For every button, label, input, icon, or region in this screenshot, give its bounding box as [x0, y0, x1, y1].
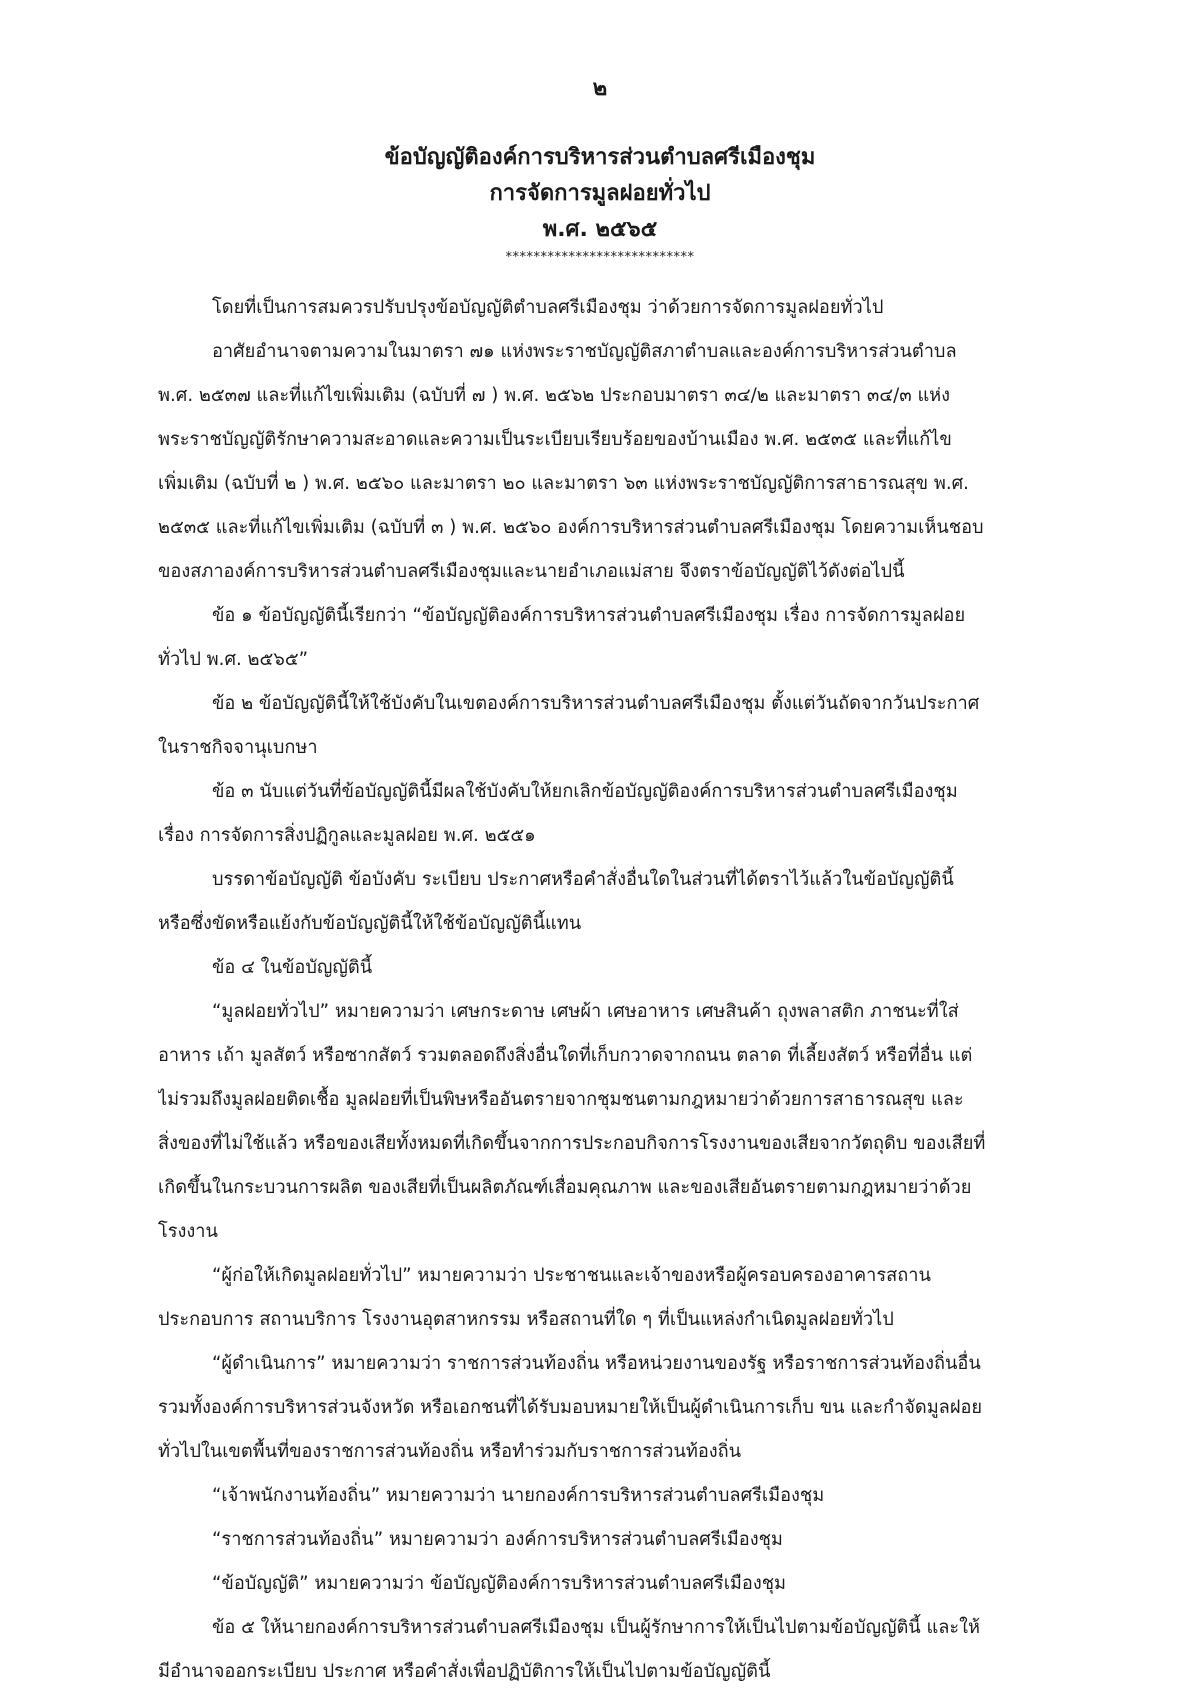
body-line: โดยที่เป็นการสมควรปรับปรุงข้อบัญญัติตำบล…: [158, 286, 1070, 330]
body-line: บรรดาข้อบัญญัติ ข้อบังคับ ระเบียบ ประกาศ…: [158, 858, 1070, 902]
clause-2-line: ในราชกิจจานุเบกษา: [158, 726, 1070, 770]
body-line: อาศัยอำนาจตามความในมาตรา ๗๑ แห่งพระราชบั…: [158, 330, 1070, 374]
document-body: โดยที่เป็นการสมควรปรับปรุงข้อบัญญัติตำบล…: [158, 286, 1070, 1694]
definition-line: สิ่งของที่ไม่ใช้แล้ว หรือของเสียทั้งหมดท…: [158, 1122, 1070, 1166]
document-title: ข้อบัญญัติองค์การบริหารส่วนตำบลศรีเมืองช…: [0, 140, 1200, 176]
definition-line: ไม่รวมถึงมูลฝอยติดเชื้อ มูลฝอยที่เป็นพิษ…: [158, 1078, 1070, 1122]
document-subtitle: การจัดการมูลฝอยทั่วไป: [0, 176, 1200, 212]
body-line: หรือซึ่งขัดหรือแย้งกับข้อบัญญัตินี้ให้ใช…: [158, 902, 1070, 946]
definition-line: “มูลฝอยทั่วไป” หมายความว่า เศษกระดาษ เศษ…: [158, 990, 1070, 1034]
body-line: พระราชบัญญัติรักษาความสะอาดและความเป็นระ…: [158, 418, 1070, 462]
clause-5-line: มีอำนาจออกระเบียบ ประกาศ หรือคำสั่งเพื่อ…: [158, 1650, 1070, 1694]
document-title-block: ข้อบัญญัติองค์การบริหารส่วนตำบลศรีเมืองช…: [0, 140, 1200, 266]
definition-line: รวมทั้งองค์การบริหารส่วนจังหวัด หรือเอกช…: [158, 1386, 1070, 1430]
clause-3-line: เรื่อง การจัดการสิ่งปฏิกูลและมูลฝอย พ.ศ.…: [158, 814, 1070, 858]
document-page: ๒ ข้อบัญญัติองค์การบริหารส่วนตำบลศรีเมือ…: [0, 0, 1200, 1696]
clause-1-line: ทั่วไป พ.ศ. ๒๕๖๕”: [158, 638, 1070, 682]
page-number: ๒: [0, 70, 1200, 105]
body-line: ของสภาองค์การบริหารส่วนตำบลศรีเมืองชุมแล…: [158, 550, 1070, 594]
definition-line: ทั่วไปในเขตพื้นที่ของราชการส่วนท้องถิ่น …: [158, 1430, 1070, 1474]
definition-line: “เจ้าพนักงานท้องถิ่น” หมายความว่า นายกอง…: [158, 1474, 1070, 1518]
clause-4-line: ข้อ ๔ ในข้อบัญญัตินี้: [158, 946, 1070, 990]
body-line: ๒๕๓๕ และที่แก้ไขเพิ่มเติม (ฉบับที่ ๓ ) พ…: [158, 506, 1070, 550]
definition-line: “ข้อบัญญัติ” หมายความว่า ข้อบัญญัติองค์ก…: [158, 1562, 1070, 1606]
definition-line: “ราชการส่วนท้องถิ่น” หมายความว่า องค์การ…: [158, 1518, 1070, 1562]
clause-3-line: ข้อ ๓ นับแต่วันที่ข้อบัญญัตินี้มีผลใช้บั…: [158, 770, 1070, 814]
definition-line: “ผู้ดำเนินการ” หมายความว่า ราชการส่วนท้อ…: [158, 1342, 1070, 1386]
clause-5-line: ข้อ ๕ ให้นายกองค์การบริหารส่วนตำบลศรีเมื…: [158, 1606, 1070, 1650]
clause-2-line: ข้อ ๒ ข้อบัญญัตินี้ให้ใช้บังคับในเขตองค์…: [158, 682, 1070, 726]
definition-line: เกิดขึ้นในกระบวนการผลิต ของเสียที่เป็นผล…: [158, 1166, 1070, 1210]
definition-line: โรงงาน: [158, 1210, 1070, 1254]
document-year: พ.ศ. ๒๕๖๕: [0, 212, 1200, 248]
title-divider: ***************************: [0, 250, 1200, 266]
body-line: พ.ศ. ๒๕๓๗ และที่แก้ไขเพิ่มเติม (ฉบับที่ …: [158, 374, 1070, 418]
clause-1-line: ข้อ ๑ ข้อบัญญัตินี้เรียกว่า “ข้อบัญญัติอ…: [158, 594, 1070, 638]
body-line: เพิ่มเติม (ฉบับที่ ๒ ) พ.ศ. ๒๕๖๐ และมาตร…: [158, 462, 1070, 506]
definition-line: ประกอบการ สถานบริการ โรงงานอุตสาหกรรม หร…: [158, 1298, 1070, 1342]
definition-line: อาหาร เถ้า มูลสัตว์ หรือซากสัตว์ รวมตลอด…: [158, 1034, 1070, 1078]
definition-line: “ผู้ก่อให้เกิดมูลฝอยทั่วไป” หมายความว่า …: [158, 1254, 1070, 1298]
